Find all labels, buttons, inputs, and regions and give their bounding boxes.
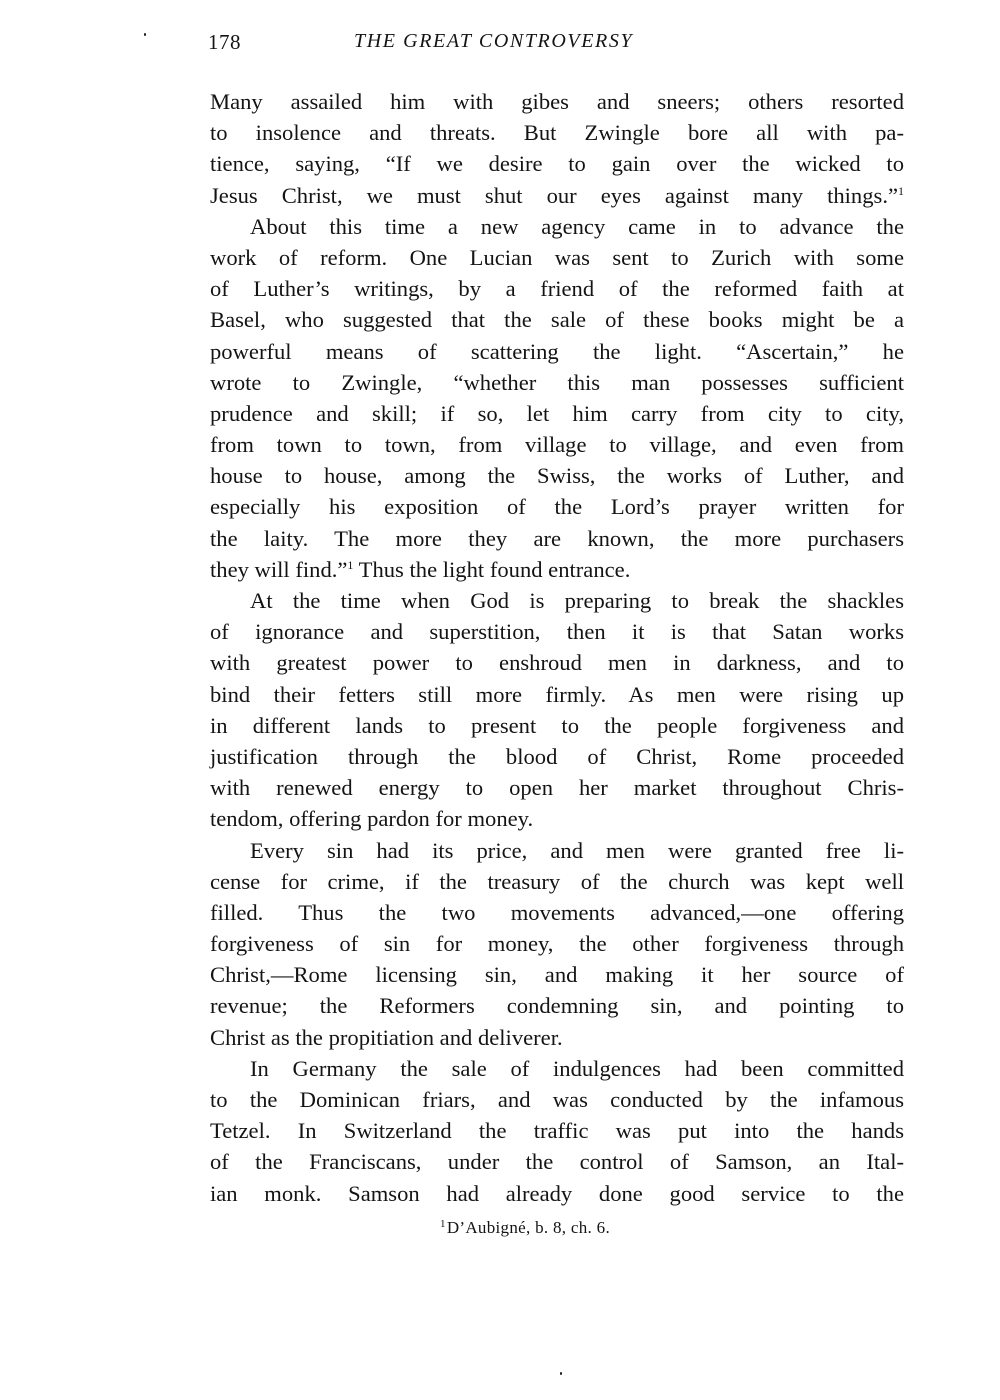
text-line: of the Franciscans, under the control of… bbox=[210, 1146, 904, 1177]
text-line: tendom, offering pardon for money. bbox=[210, 803, 904, 834]
text-line: wrote to Zwingle, “whether this man poss… bbox=[210, 367, 904, 398]
text-line: filled. Thus the two movements advanced,… bbox=[210, 897, 904, 928]
text-line: Basel, who suggested that the sale of th… bbox=[210, 304, 904, 335]
text-line: revenue; the Reformers condemning sin, a… bbox=[210, 990, 904, 1021]
paragraph-first-line: In Germany the sale of indulgences had b… bbox=[210, 1053, 904, 1084]
running-title: THE GREAT CONTROVERSY bbox=[354, 30, 633, 53]
text-line: ian monk. Samson had already done good s… bbox=[210, 1178, 904, 1209]
text-line: from town to town, from village to villa… bbox=[210, 429, 904, 460]
text-line: work of reform. One Lucian was sent to Z… bbox=[210, 242, 904, 273]
text-line: forgiveness of sin for money, the other … bbox=[210, 928, 904, 959]
paragraph-first-line: About this time a new agency came in to … bbox=[210, 211, 904, 242]
text-line: tience, saying, “If we desire to gain ov… bbox=[210, 148, 904, 179]
text-line: Christ as the propitiation and deliverer… bbox=[210, 1022, 904, 1053]
paragraph-first-line: Every sin had its price, and men were gr… bbox=[210, 835, 904, 866]
text-line: Tetzel. In Switzerland the traffic was p… bbox=[210, 1115, 904, 1146]
text-line: bind their fetters still more firmly. As… bbox=[210, 679, 904, 710]
text-line: Jesus Christ, we must shut our eyes agai… bbox=[210, 180, 904, 211]
footnote-marker: 1 bbox=[440, 1218, 446, 1230]
text-line: Christ,—Rome licensing sin, and making i… bbox=[210, 959, 904, 990]
text-line: especially his exposition of the Lord’s … bbox=[210, 491, 904, 522]
footnote-reference: 1 bbox=[347, 558, 353, 572]
footnote-citation: D’Aubigné, b. 8, ch. 6. bbox=[447, 1218, 610, 1237]
text-line: in different lands to present to the peo… bbox=[210, 710, 904, 741]
body-text: Many assailed him with gibes and sneers;… bbox=[210, 86, 904, 1209]
scan-speck bbox=[560, 1372, 562, 1375]
text-line: the laity. The more they are known, the … bbox=[210, 523, 904, 554]
text-line: to insolence and threats. But Zwingle bo… bbox=[210, 117, 904, 148]
text-line: powerful means of scattering the light. … bbox=[210, 336, 904, 367]
footnote-text: 1D’Aubigné, b. 8, ch. 6. bbox=[440, 1218, 610, 1238]
text-line: to the Dominican friars, and was conduct… bbox=[210, 1084, 904, 1115]
text-line: with renewed energy to open her market t… bbox=[210, 772, 904, 803]
page-number: 178 bbox=[208, 30, 241, 55]
text-line: prudence and skill; if so, let him carry… bbox=[210, 398, 904, 429]
text-line: house to house, among the Swiss, the wor… bbox=[210, 460, 904, 491]
text-line: with greatest power to enshroud men in d… bbox=[210, 647, 904, 678]
text-line: cense for crime, if the treasury of the … bbox=[210, 866, 904, 897]
text-line: Many assailed him with gibes and sneers;… bbox=[210, 86, 904, 117]
page-header: 178 THE GREAT CONTROVERSY bbox=[0, 26, 1000, 62]
text-line: justification through the blood of Chris… bbox=[210, 741, 904, 772]
text-line: they will find.”1 Thus the light found e… bbox=[210, 554, 904, 585]
text-line: of ignorance and superstition, then it i… bbox=[210, 616, 904, 647]
footnote-reference: 1 bbox=[898, 184, 904, 198]
text-line: of Luther’s writings, by a friend of the… bbox=[210, 273, 904, 304]
paragraph-first-line: At the time when God is preparing to bre… bbox=[210, 585, 904, 616]
